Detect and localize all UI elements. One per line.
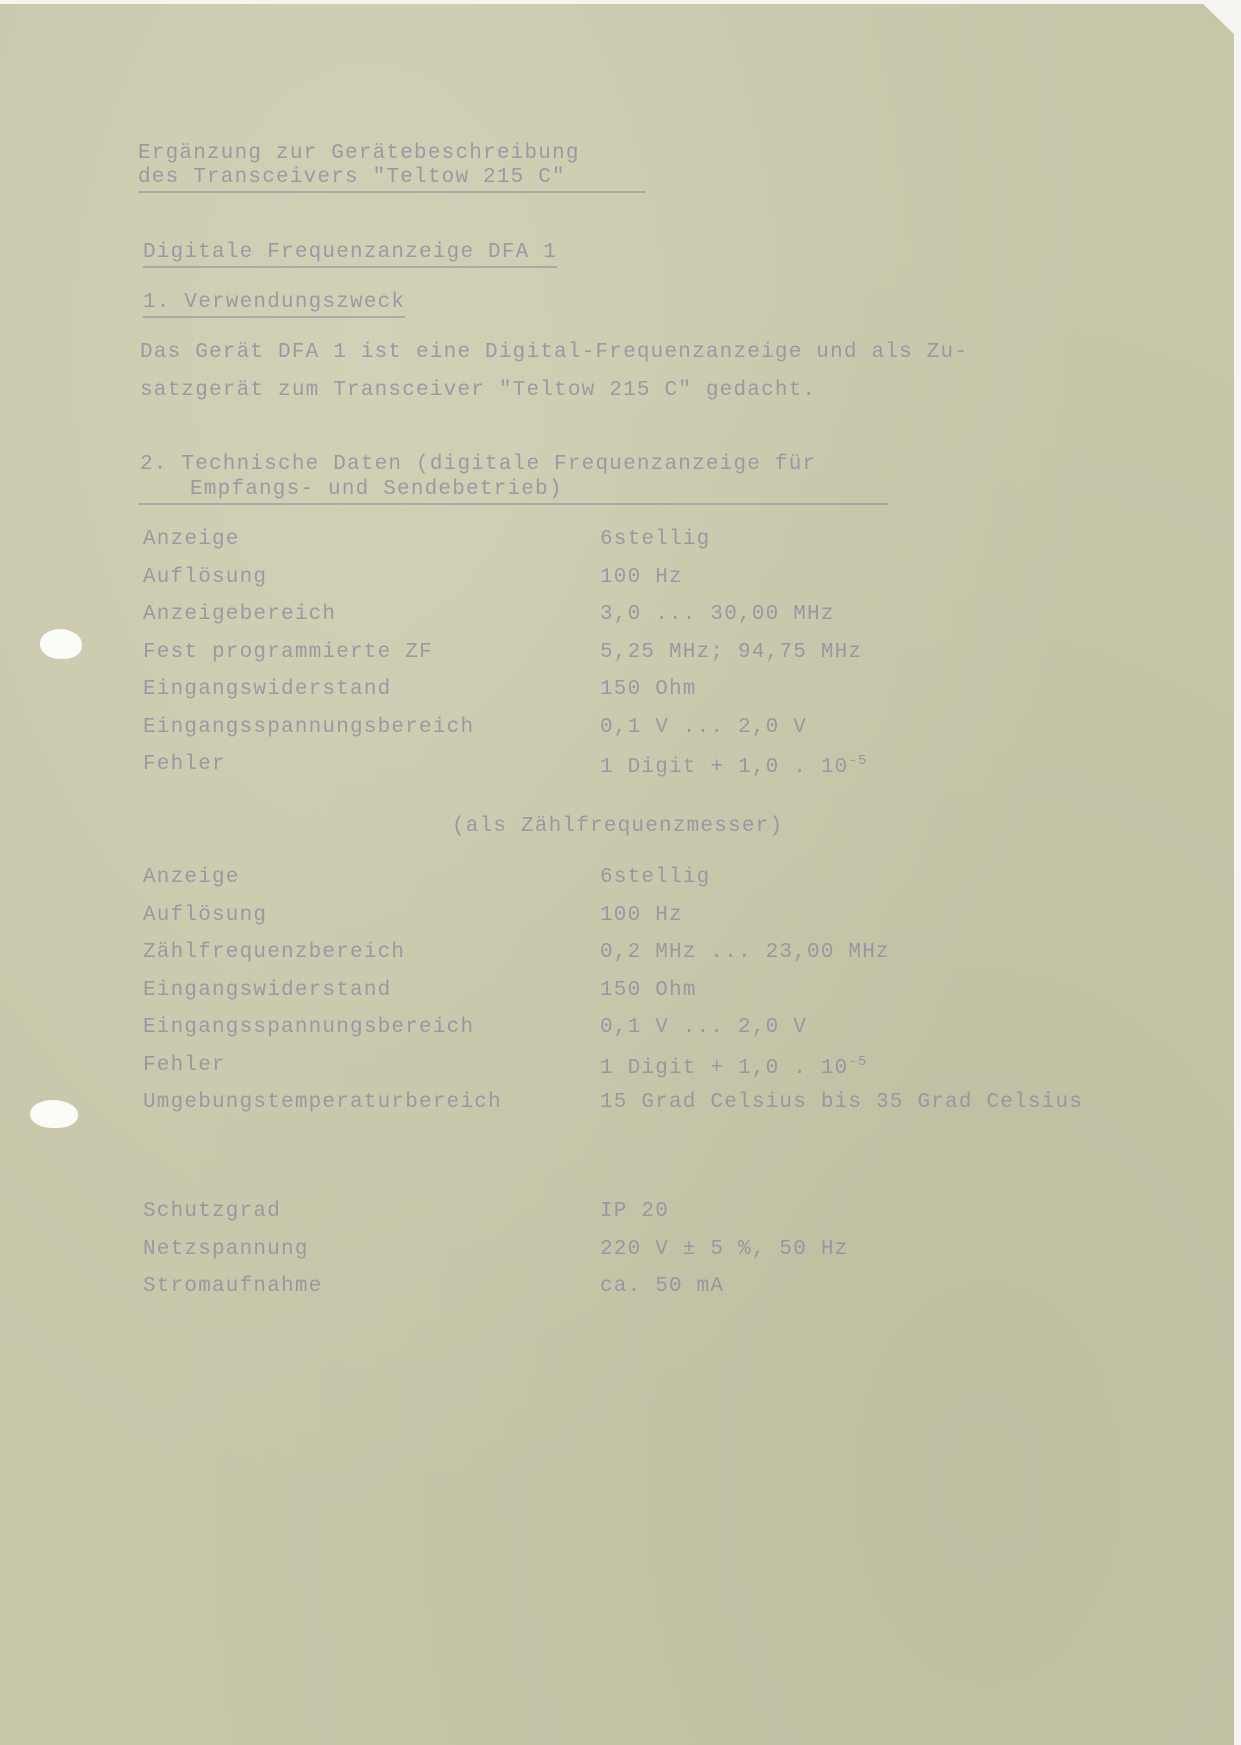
spec-row-value: 100 Hz bbox=[600, 566, 683, 589]
counter-spec-row-label: Auflösung bbox=[143, 904, 267, 927]
spec-row-label: Anzeigebereich bbox=[143, 603, 336, 626]
counter-spec-row-value-text: 1 Digit + 1,0 . 10 bbox=[600, 1057, 848, 1080]
counter-spec-row-label: Zählfrequenzbereich bbox=[143, 941, 405, 964]
spec-row-value: 6stellig bbox=[600, 528, 710, 551]
section1-heading: 1. Verwendungszweck bbox=[143, 291, 405, 318]
general-spec-row-label: Stromaufnahme bbox=[143, 1275, 322, 1298]
counter-spec-row-value-text: 150 Ohm bbox=[600, 979, 697, 1002]
section1-text-2: satzgerät zum Transceiver "Teltow 215 C"… bbox=[140, 379, 816, 402]
counter-spec-row-label: Anzeige bbox=[143, 866, 240, 889]
punch-hole-top bbox=[40, 629, 82, 659]
punch-hole-bottom bbox=[30, 1100, 78, 1128]
counter-spec-row-value-text: 6stellig bbox=[600, 866, 710, 889]
counter-spec-row-value: 1 Digit + 1,0 . 10-5 bbox=[600, 1054, 868, 1080]
general-spec-row-value-text: IP 20 bbox=[600, 1200, 669, 1223]
counter-spec-row-label: Eingangsspannungsbereich bbox=[143, 1016, 474, 1039]
counter-spec-row-value-text: 0,1 V ... 2,0 V bbox=[600, 1016, 807, 1039]
general-spec-row-value: ca. 50 mA bbox=[600, 1275, 724, 1298]
counter-spec-row-value: 150 Ohm bbox=[600, 979, 697, 1002]
spec-row-label: Anzeige bbox=[143, 528, 240, 551]
general-spec-row-label: Schutzgrad bbox=[143, 1200, 281, 1223]
spec-row-label: Eingangsspannungsbereich bbox=[143, 716, 474, 739]
spec-row-value-text: 5,25 MHz; 94,75 MHz bbox=[600, 641, 862, 664]
counter-spec-row-value: 15 Grad Celsius bis 35 Grad Celsius bbox=[600, 1091, 1083, 1114]
counter-spec-row-label: Umgebungstemperaturbereich bbox=[143, 1091, 502, 1114]
header-line-1: Ergänzung zur Gerätebeschreibung bbox=[138, 142, 580, 165]
spec-row-label: Auflösung bbox=[143, 566, 267, 589]
spec-row-value: 150 Ohm bbox=[600, 678, 697, 701]
section2-heading-2: Empfangs- und Sendebetrieb) bbox=[138, 478, 888, 505]
section2-heading-2-text: Empfangs- und Sendebetrieb) bbox=[138, 478, 563, 501]
general-spec-row-value: IP 20 bbox=[600, 1200, 669, 1223]
spec-row-value-exponent: -5 bbox=[848, 753, 867, 769]
spec-row-value-text: 6stellig bbox=[600, 528, 710, 551]
paper-sheet: Ergänzung zur Gerätebeschreibung des Tra… bbox=[0, 4, 1234, 1745]
spec-row-value: 0,1 V ... 2,0 V bbox=[600, 716, 807, 739]
counter-spec-row-value: 0,1 V ... 2,0 V bbox=[600, 1016, 807, 1039]
counter-spec-row-value: 0,2 MHz ... 23,00 MHz bbox=[600, 941, 890, 964]
spec-row-value-text: 100 Hz bbox=[600, 566, 683, 589]
spec-row-value-text: 1 Digit + 1,0 . 10 bbox=[600, 756, 848, 779]
general-spec-row-value-text: ca. 50 mA bbox=[600, 1275, 724, 1298]
counter-spec-row-label: Eingangswiderstand bbox=[143, 979, 391, 1002]
spec-row-value: 5,25 MHz; 94,75 MHz bbox=[600, 641, 862, 664]
counter-spec-row-value-text: 15 Grad Celsius bis 35 Grad Celsius bbox=[600, 1091, 1083, 1114]
counter-spec-row-value: 100 Hz bbox=[600, 904, 683, 927]
counter-spec-row-value: 6stellig bbox=[600, 866, 710, 889]
general-spec-row-label: Netzspannung bbox=[143, 1238, 309, 1261]
spec-row-value: 1 Digit + 1,0 . 10-5 bbox=[600, 753, 868, 779]
spec-row-label: Eingangswiderstand bbox=[143, 678, 391, 701]
spec-row-value-text: 3,0 ... 30,00 MHz bbox=[600, 603, 835, 626]
document-title: Digitale Frequenzanzeige DFA 1 bbox=[143, 241, 557, 268]
counter-spec-row-value-exponent: -5 bbox=[848, 1054, 867, 1070]
spec-row-value-text: 150 Ohm bbox=[600, 678, 697, 701]
header-line-2: des Transceivers "Teltow 215 C" bbox=[138, 166, 646, 193]
general-spec-row-value-text: 220 V ± 5 %, 50 Hz bbox=[600, 1238, 848, 1261]
spec-row-label: Fest programmierte ZF bbox=[143, 641, 433, 664]
counter-spec-row-value-text: 0,2 MHz ... 23,00 MHz bbox=[600, 941, 890, 964]
counter-spec-row-value-text: 100 Hz bbox=[600, 904, 683, 927]
section3-heading: (als Zählfrequenzmesser) bbox=[452, 815, 783, 838]
spec-row-value-text: 0,1 V ... 2,0 V bbox=[600, 716, 807, 739]
spec-row-value: 3,0 ... 30,00 MHz bbox=[600, 603, 835, 626]
section1-text-1: Das Gerät DFA 1 ist eine Digital-Frequen… bbox=[140, 341, 968, 364]
spec-row-label: Fehler bbox=[143, 753, 226, 776]
section2-heading-1: 2. Technische Daten (digitale Frequenzan… bbox=[140, 453, 816, 476]
counter-spec-row-label: Fehler bbox=[143, 1054, 226, 1077]
general-spec-row-value: 220 V ± 5 %, 50 Hz bbox=[600, 1238, 848, 1261]
